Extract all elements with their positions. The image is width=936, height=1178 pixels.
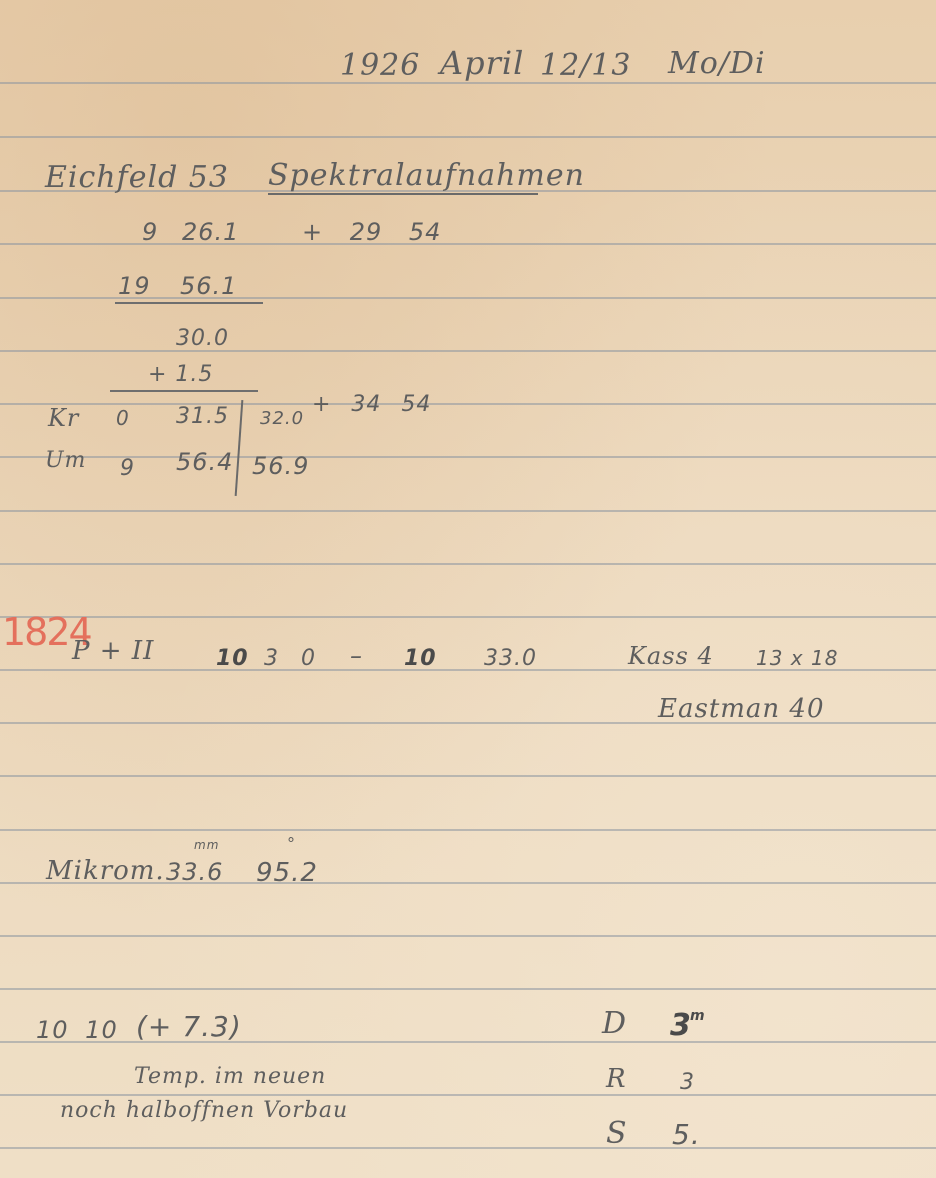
condition-label-r: R <box>606 1064 627 1094</box>
mikrom-value1: 33.6 <box>166 858 223 886</box>
entry1-calc1: 30.0 <box>176 326 229 351</box>
temp-paren: (+ 7.3) <box>136 1010 242 1043</box>
time-dash: – <box>350 642 363 670</box>
ruled-line <box>0 136 936 138</box>
kr-h: 0 <box>116 406 130 430</box>
condition-value-d: 3 <box>670 1008 692 1043</box>
kr-alt: 32.0 <box>260 408 304 429</box>
um-alt: 56.9 <box>252 452 309 480</box>
mikrom-label: Mikrom. <box>46 856 165 886</box>
header-weekdays: Mo/Di <box>668 46 766 81</box>
kr-label: Kr <box>48 404 79 432</box>
condition-label-d: D <box>602 1006 627 1041</box>
mikrom-unit1: mm <box>194 838 219 852</box>
separator-line <box>235 400 244 496</box>
entry1-row1-m: 26.1 <box>182 218 239 246</box>
um-h: 9 <box>120 456 135 481</box>
notebook-page: 1926 April 12/13 Mo/Di Eichfeld 53 Spekt… <box>0 0 936 1178</box>
ruled-line <box>0 775 936 777</box>
ruled-line <box>0 563 936 565</box>
mikrom-value2: 95.2 <box>256 858 318 888</box>
entry1-row1-dec: + 29 54 <box>302 218 441 246</box>
temp-reading: 10 10 <box>36 1016 118 1044</box>
end-hour: 10 <box>404 646 437 671</box>
start-hour: 10 <box>216 646 249 671</box>
entry1-title-left: Eichfeld 53 <box>45 160 229 195</box>
um-m: 56.4 <box>176 448 233 476</box>
cassette: Kass 4 <box>628 642 714 670</box>
ruled-line <box>0 1147 936 1149</box>
mikrom-unit2: ° <box>287 834 296 853</box>
ruled-line <box>0 82 936 84</box>
entry1-calc2: + 1.5 <box>148 362 213 387</box>
object-name: P + II <box>72 636 154 666</box>
temp-note-line2: noch halboffnen Vorbau <box>60 1098 348 1123</box>
condition-suffix-d: m <box>690 1008 706 1024</box>
underline <box>115 302 263 304</box>
ruled-line <box>0 510 936 512</box>
ruled-line <box>0 829 936 831</box>
entry1-row2-m: 56.1 <box>180 272 237 300</box>
plate-size: 13 x 18 <box>756 646 838 670</box>
header-days: 12/13 <box>540 48 631 83</box>
condition-label-s: S <box>606 1116 628 1151</box>
emulsion: Eastman 40 <box>658 694 825 724</box>
kr-dec: + 34 54 <box>312 392 431 417</box>
end-minute: 33.0 <box>484 646 537 671</box>
condition-value-s: 5. <box>672 1118 701 1151</box>
header-year: 1926 <box>340 48 420 83</box>
header-month: April <box>440 44 524 82</box>
ruled-line <box>0 350 936 352</box>
ruled-line <box>0 988 936 990</box>
entry1-title-right: Spektralaufnahmen <box>268 158 538 195</box>
entry1-row2-h: 19 <box>118 272 151 300</box>
sum-line <box>110 390 258 392</box>
um-label: Um <box>45 448 86 473</box>
entry1-row1-h: 9 <box>142 218 158 246</box>
ruled-line <box>0 935 936 937</box>
ruled-line <box>0 243 936 245</box>
ruled-line <box>0 616 936 618</box>
start-minute: 3 0 <box>264 646 316 671</box>
condition-value-r: 3 <box>680 1070 695 1095</box>
kr-m: 31.5 <box>176 404 229 429</box>
ruled-line <box>0 403 936 405</box>
temp-note-line1: Temp. im neuen <box>134 1064 326 1089</box>
ruled-line <box>0 1094 936 1096</box>
ruled-line <box>0 456 936 458</box>
